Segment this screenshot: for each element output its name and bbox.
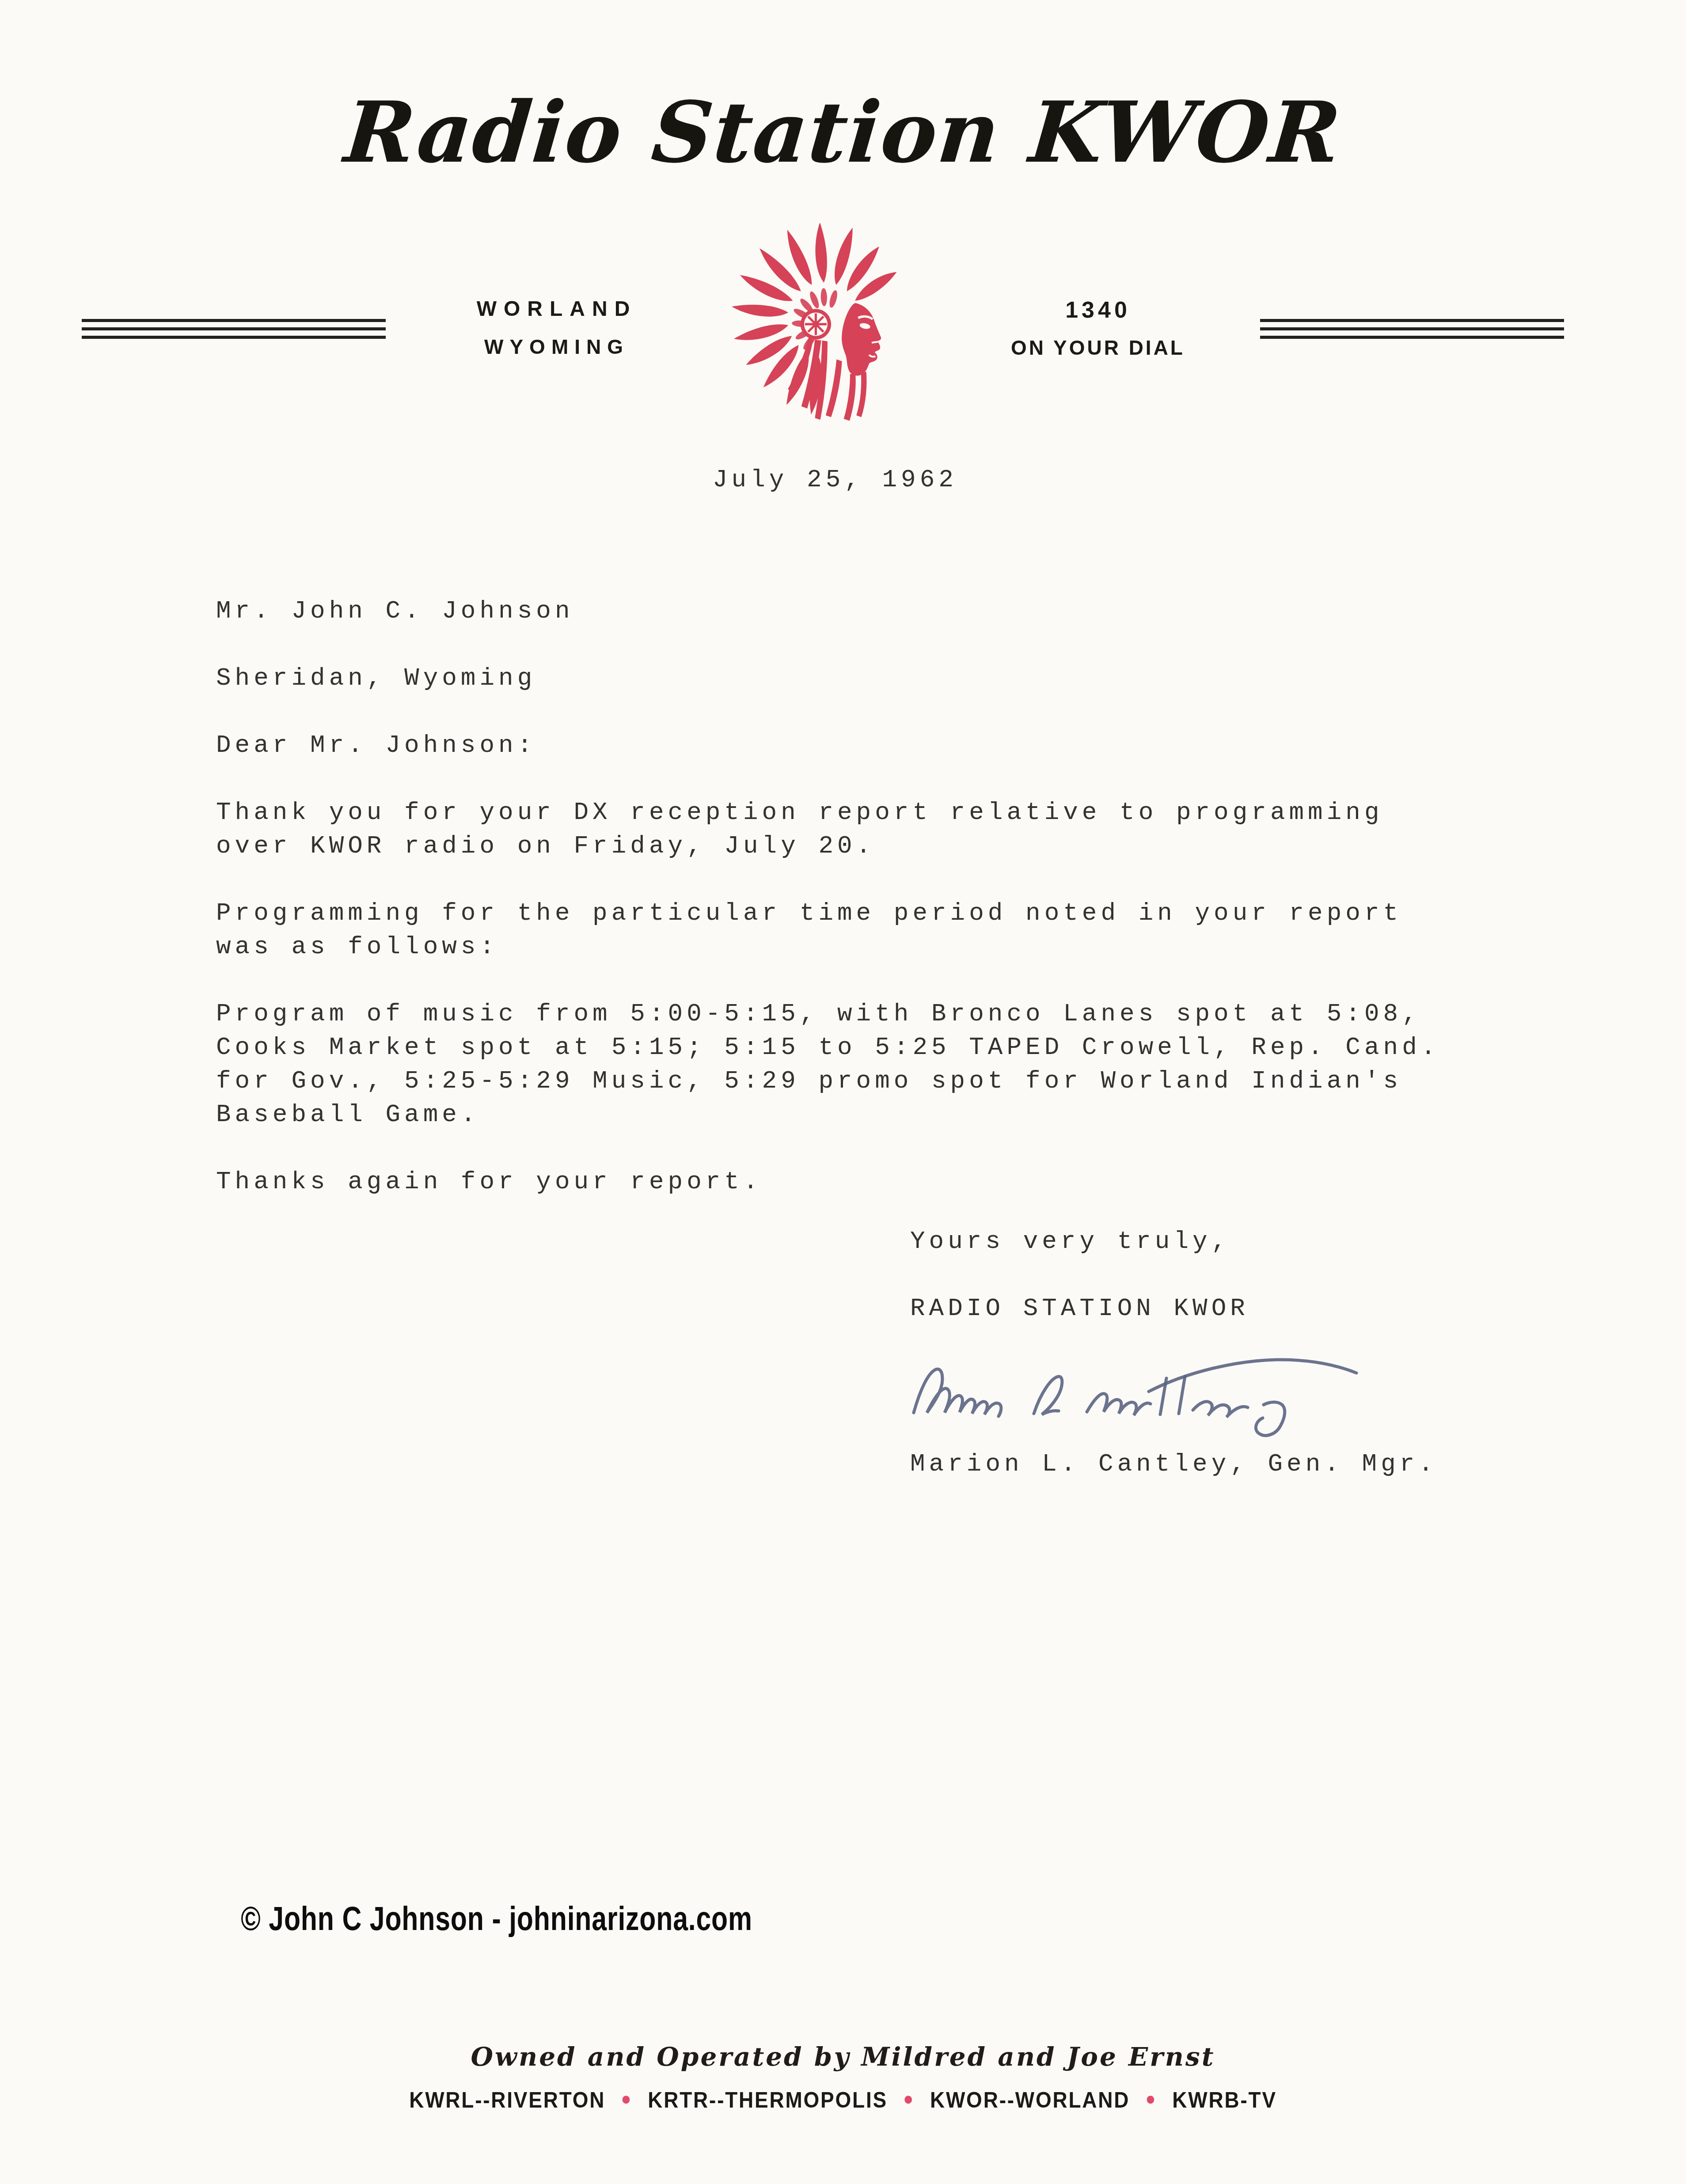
letter-date: July 25, 1962 (713, 463, 957, 497)
dial-label: ON YOUR DIAL (1003, 336, 1193, 360)
city-label: WORLAND (451, 297, 663, 321)
paragraph-4: Thanks again for your report. (216, 1165, 1542, 1198)
recipient-city: Sheridan, Wyoming (216, 661, 1542, 695)
triple-rule-right (1260, 319, 1564, 339)
paragraph-3: Program of music from 5:00-5:15, with Br… (216, 997, 1542, 1131)
copyright-watermark: © John C Johnson - johninarizona.com (241, 1900, 752, 1938)
frequency-label: 1340 (1003, 297, 1193, 323)
station-separator-dot: ● (903, 2088, 915, 2109)
paragraph-1: Thank you for your DX reception report r… (216, 796, 1542, 863)
station-masthead-title: Radio Station KWOR (0, 91, 1686, 174)
letter-body: Mr. John C. Johnson Sheridan, Wyoming De… (216, 594, 1542, 1232)
ownership-line: Owned and Operated by Mildred and Joe Er… (0, 2042, 1686, 2072)
paragraph-2: Programming for the particular time peri… (216, 896, 1542, 963)
station-kwor: KWOR--WORLAND (930, 2088, 1130, 2112)
station-krtr: KRTR--THERMOPOLIS (648, 2088, 888, 2112)
indian-chief-logo-icon (720, 223, 937, 451)
closing-line: Yours very truly, (910, 1225, 1230, 1258)
recipient-name: Mr. John C. Johnson (216, 594, 1542, 628)
signer-name-line: Marion L. Cantley, Gen. Mgr. (910, 1447, 1437, 1481)
closing-organization: RADIO STATION KWOR (910, 1292, 1249, 1325)
salutation: Dear Mr. Johnson: (216, 728, 1542, 762)
state-label: WYOMING (451, 335, 663, 359)
triple-rule-left (82, 319, 386, 339)
station-kwrb: KWRB-TV (1172, 2088, 1276, 2112)
letter-page: Radio Station KWOR WORLAND WYOMING 1340 … (0, 0, 1686, 2184)
station-separator-dot: ● (621, 2088, 632, 2109)
signature-marion-cantley (901, 1325, 1374, 1445)
station-list: KWRL--RIVERTON●KRTR--THERMOPOLIS●KWOR--W… (68, 2087, 1619, 2113)
station-kwrl: KWRL--RIVERTON (409, 2088, 605, 2112)
station-separator-dot: ● (1145, 2088, 1157, 2109)
